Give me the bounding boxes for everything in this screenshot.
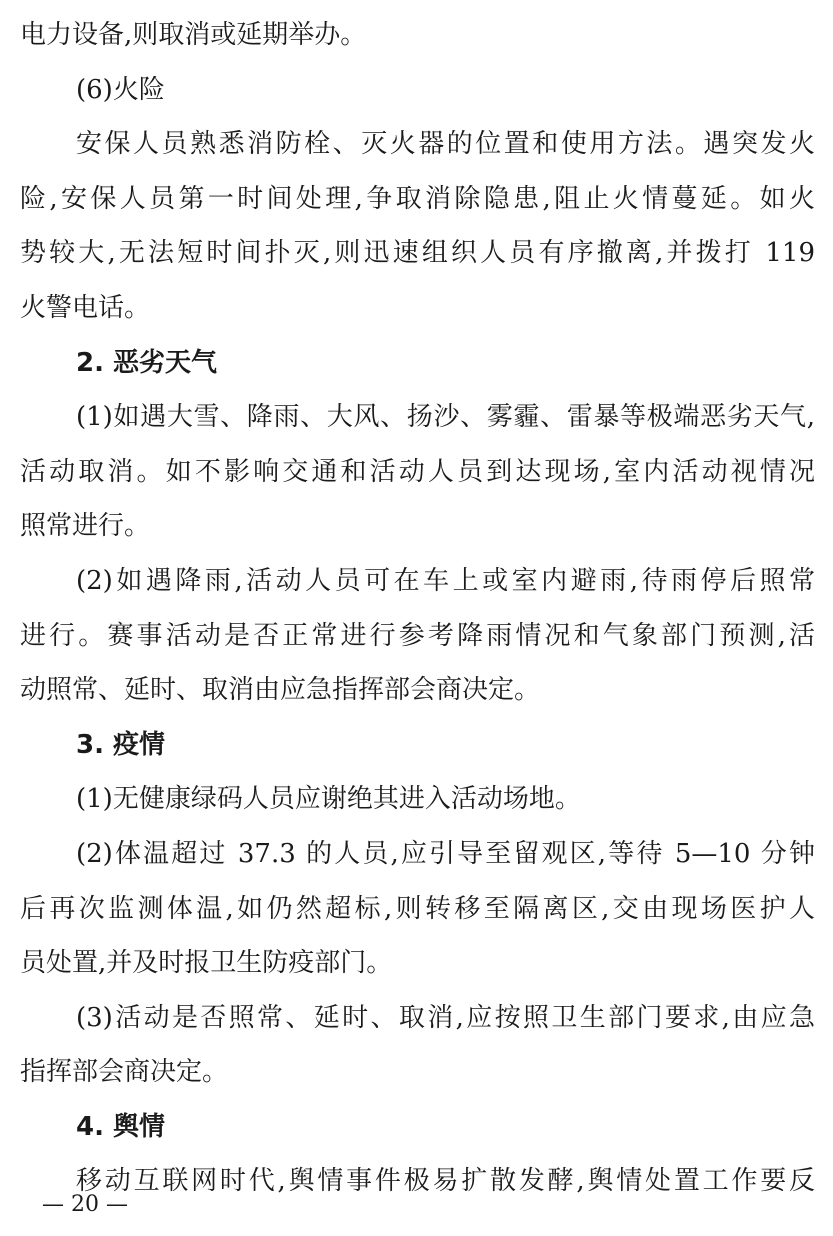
paragraph-line: (2)体温超过 37.3 的人员,应引导至留观区,等待 5—10 分钟 — [20, 827, 815, 882]
page-number: — 20 — — [42, 1190, 128, 1220]
subsection-title-fire-risk: (6)火险 — [20, 63, 815, 118]
section-heading-bad-weather: 2. 恶劣天气 — [20, 336, 815, 391]
paragraph-line: 活动取消。如不影响交通和活动人员到达现场,室内活动视情况 — [20, 445, 815, 500]
paragraph-line: 指挥部会商决定。 — [20, 1045, 815, 1100]
paragraph-line: 险,安保人员第一时间处理,争取消除隐患,阻止火情蔓延。如火 — [20, 172, 815, 227]
paragraph-line: 火警电话。 — [20, 281, 815, 336]
paragraph-line: 进行。赛事活动是否正常进行参考降雨情况和气象部门预测,活 — [20, 609, 815, 664]
paragraph-line: 后再次监测体温,如仍然超标,则转移至隔离区,交由现场医护人 — [20, 882, 815, 937]
paragraph-line: (3)活动是否照常、延时、取消,应按照卫生部门要求,由应急 — [20, 991, 815, 1046]
paragraph-line: 移动互联网时代,舆情事件极易扩散发酵,舆情处置工作要反 — [20, 1154, 815, 1209]
paragraph-line: 电力设备,则取消或延期举办。 — [20, 8, 815, 63]
section-heading-epidemic: 3. 疫情 — [20, 718, 815, 773]
paragraph-line: (1)如遇大雪、降雨、大风、扬沙、雾霾、雷暴等极端恶劣天气, — [20, 390, 815, 445]
paragraph-line: 势较大,无法短时间扑灭,则迅速组织人员有序撤离,并拨打 119 — [20, 226, 815, 281]
paragraph-line: 动照常、延时、取消由应急指挥部会商决定。 — [20, 663, 815, 718]
paragraph-line: 员处置,并及时报卫生防疫部门。 — [20, 936, 815, 991]
paragraph-line: (1)无健康绿码人员应谢绝其进入活动场地。 — [20, 772, 815, 827]
paragraph-line: 安保人员熟悉消防栓、灭火器的位置和使用方法。遇突发火 — [20, 117, 815, 172]
paragraph-line: 照常进行。 — [20, 499, 815, 554]
document-page: 电力设备,则取消或延期举办。 (6)火险 安保人员熟悉消防栓、灭火器的位置和使用… — [20, 8, 815, 1209]
section-heading-public-opinion: 4. 舆情 — [20, 1100, 815, 1155]
paragraph-line: (2)如遇降雨,活动人员可在车上或室内避雨,待雨停后照常 — [20, 554, 815, 609]
